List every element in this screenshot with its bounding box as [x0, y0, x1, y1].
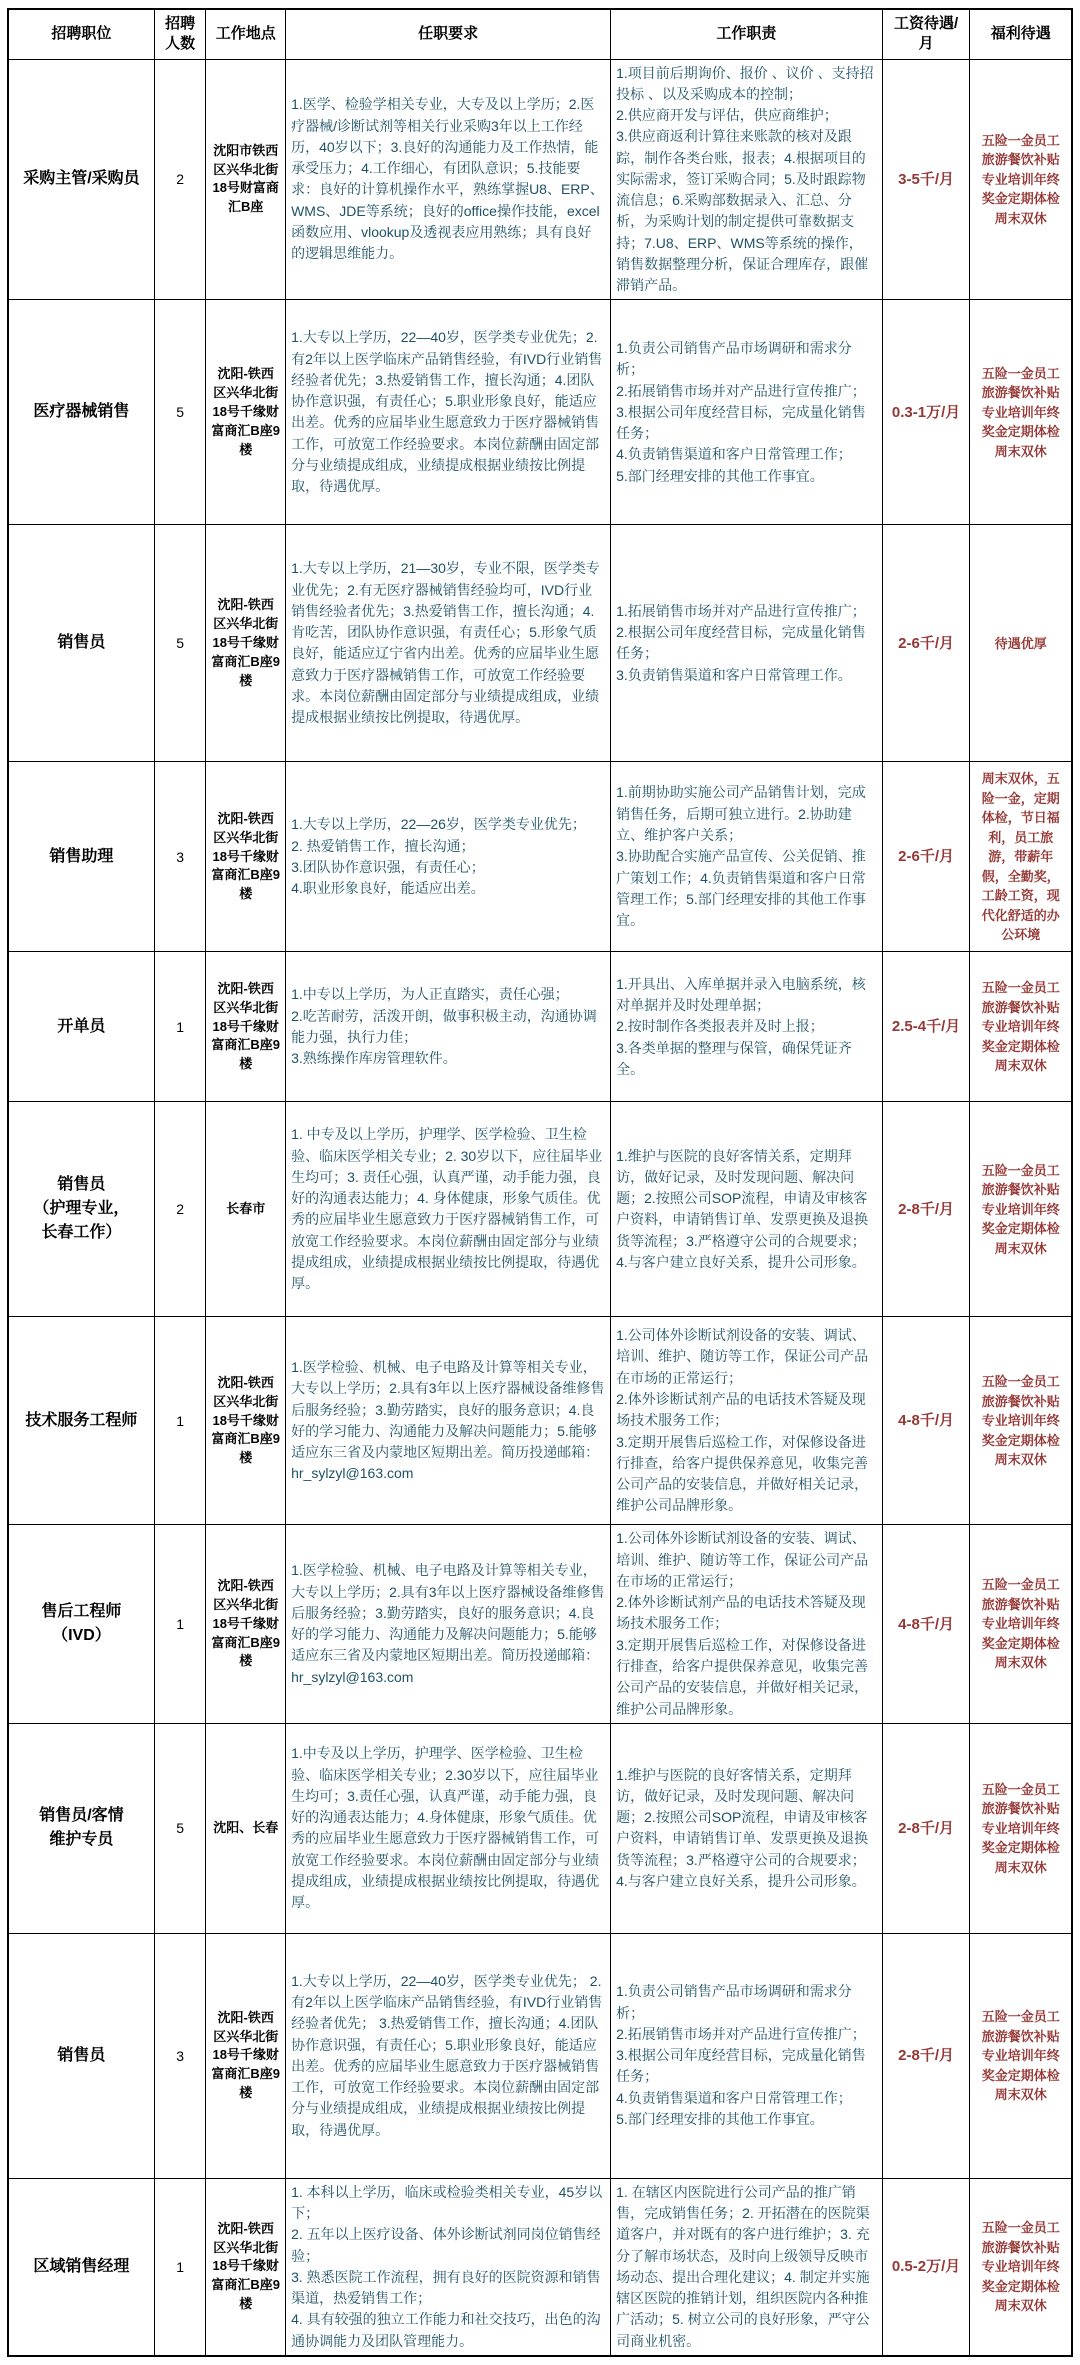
table-row: 区域销售经理 1 沈阳-铁西区兴华北街18号千缘财富商汇B座9楼 1. 本科以上… — [8, 2178, 1072, 2356]
requirements-cell: 1.大专以上学历，22—40岁，医学类专业优先；2.有2年以上医学临床产品销售经… — [286, 300, 611, 525]
table-row: 开单员 1 沈阳-铁西区兴华北街18号千缘财富商汇B座9楼 1.中专以上学历，为… — [8, 952, 1072, 1102]
requirements-cell: 1.大专以上学历，22—26岁，医学类专业优先； 2. 热爱销售工作，擅长沟通；… — [286, 762, 611, 952]
benefits-cell: 五险一金员工旅游餐饮补贴专业培训年终奖金定期体检周末双休 — [970, 1317, 1072, 1525]
headcount-cell: 5 — [154, 300, 205, 525]
salary-cell: 2.5-4千/月 — [882, 952, 970, 1102]
salary-cell: 3-5千/月 — [882, 59, 970, 300]
location-cell: 沈阳-铁西区兴华北街18号千缘财富商汇B座9楼 — [206, 525, 286, 762]
benefits-cell: 五险一金员工旅游餐饮补贴专业培训年终奖金定期体检周末双休 — [970, 2178, 1072, 2356]
headcount-cell: 5 — [154, 1723, 205, 1933]
responsibilities-cell: 1.维护与医院的良好客情关系，定期拜访，做好记录，及时发现问题、解决问题；2.按… — [611, 1723, 883, 1933]
position-cell: 销售员 （护理专业， 长春工作） — [8, 1102, 154, 1317]
column-header-requirements: 任职要求 — [286, 9, 611, 59]
position-cell: 技术服务工程师 — [8, 1317, 154, 1525]
column-header-benefits: 福利待遇 — [970, 9, 1072, 59]
benefits-cell: 五险一金员工旅游餐饮补贴专业培训年终奖金定期体检周末双休 — [970, 952, 1072, 1102]
table-row: 销售助理 3 沈阳-铁西区兴华北街18号千缘财富商汇B座9楼 1.大专以上学历，… — [8, 762, 1072, 952]
requirements-cell: 1. 中专及以上学历，护理学、医学检验、卫生检验、临床医学相关专业；2. 30岁… — [286, 1102, 611, 1317]
location-cell: 沈阳-铁西区兴华北街18号千缘财富商汇B座9楼 — [206, 952, 286, 1102]
position-cell: 销售员 — [8, 1933, 154, 2178]
responsibilities-cell: 1.公司体外诊断试剂设备的安装、调试、培训、维护、随访等工作，保证公司产品在市场… — [611, 1317, 883, 1525]
salary-cell: 2-8千/月 — [882, 1723, 970, 1933]
position-cell: 开单员 — [8, 952, 154, 1102]
responsibilities-cell: 1.负责公司销售产品市场调研和需求分析； 2.拓展销售市场并对产品进行宣传推广；… — [611, 1933, 883, 2178]
responsibilities-cell: 1.项目前后期询价、报价 、议价 、支持招投标 、以及采购成本的控制； 2.供应… — [611, 59, 883, 300]
recruitment-table: 招聘职位 招聘人数 工作地点 任职要求 工作职责 工资待遇/月 福利待遇 采购主… — [7, 8, 1073, 2357]
location-cell: 沈阳-铁西区兴华北街18号千缘财富商汇B座9楼 — [206, 2178, 286, 2356]
headcount-cell: 1 — [154, 1525, 205, 1723]
location-cell: 沈阳市铁西区兴华北街18号财富商汇B座 — [206, 59, 286, 300]
benefits-cell: 五险一金员工旅游餐饮补贴专业培训年终奖金定期体检周末双休 — [970, 59, 1072, 300]
requirements-cell: 1.医学检验、机械、电子电路及计算等相关专业，大专以上学历；2.具有3年以上医疗… — [286, 1317, 611, 1525]
requirements-cell: 1.医学检验、机械、电子电路及计算等相关专业，大专以上学历；2.具有3年以上医疗… — [286, 1525, 611, 1723]
responsibilities-cell: 1.公司体外诊断试剂设备的安装、调试、培训、维护、随访等工作，保证公司产品在市场… — [611, 1525, 883, 1723]
position-cell: 医疗器械销售 — [8, 300, 154, 525]
benefits-cell: 五险一金员工旅游餐饮补贴专业培训年终奖金定期体检周末双休 — [970, 1933, 1072, 2178]
location-cell: 沈阳-铁西区兴华北街18号千缘财富商汇B座9楼 — [206, 762, 286, 952]
column-header-salary: 工资待遇/月 — [882, 9, 970, 59]
position-cell: 售后工程师 （IVD） — [8, 1525, 154, 1723]
salary-cell: 2-8千/月 — [882, 1933, 970, 2178]
headcount-cell: 1 — [154, 952, 205, 1102]
header-row: 招聘职位 招聘人数 工作地点 任职要求 工作职责 工资待遇/月 福利待遇 — [8, 9, 1072, 59]
salary-cell: 2-8千/月 — [882, 1102, 970, 1317]
location-cell: 沈阳、长春 — [206, 1723, 286, 1933]
requirements-cell: 1.中专以上学历，为人正直踏实，责任心强； 2.吃苦耐劳，活泼开朗，做事积极主动… — [286, 952, 611, 1102]
requirements-cell: 1.大专以上学历，22—40岁，医学类专业优先； 2.有2年以上医学临床产品销售… — [286, 1933, 611, 2178]
responsibilities-cell: 1.前期协助实施公司产品销售计划，完成销售任务，后期可独立进行。2.协助建立、维… — [611, 762, 883, 952]
benefits-cell: 五险一金员工旅游餐饮补贴专业培训年终奖金定期体检周末双休 — [970, 1723, 1072, 1933]
table-row: 销售员 5 沈阳-铁西区兴华北街18号千缘财富商汇B座9楼 1.大专以上学历，2… — [8, 525, 1072, 762]
salary-cell: 0.5-2万/月 — [882, 2178, 970, 2356]
column-header-position: 招聘职位 — [8, 9, 154, 59]
position-cell: 销售员/客情 维护专员 — [8, 1723, 154, 1933]
benefits-cell: 五险一金员工旅游餐饮补贴专业培训年终奖金定期体检周末双休 — [970, 1525, 1072, 1723]
location-cell: 沈阳-铁西区兴华北街18号千缘财富商汇B座9楼 — [206, 1317, 286, 1525]
location-cell: 沈阳-铁西区兴华北街18号千缘财富商汇B座9楼 — [206, 1525, 286, 1723]
column-header-headcount: 招聘人数 — [154, 9, 205, 59]
salary-cell: 2-6千/月 — [882, 762, 970, 952]
recruitment-page: 招聘职位 招聘人数 工作地点 任职要求 工作职责 工资待遇/月 福利待遇 采购主… — [0, 0, 1080, 2365]
responsibilities-cell: 1. 在辖区内医院进行公司产品的推广销售，完成销售任务；2. 开拓潜在的医院渠道… — [611, 2178, 883, 2356]
table-row: 医疗器械销售 5 沈阳-铁西区兴华北街18号千缘财富商汇B座9楼 1.大专以上学… — [8, 300, 1072, 525]
requirements-cell: 1.医学、检验学相关专业，大专及以上学历；2.医疗器械/诊断试剂等相关行业采购3… — [286, 59, 611, 300]
benefits-cell: 周末双休，五险一金，定期体检，节日福利，员工旅游，带薪年假，全勤奖，工龄工资，现… — [970, 762, 1072, 952]
responsibilities-cell: 1.拓展销售市场并对产品进行宣传推广； 2.根据公司年度经营目标，完成量化销售任… — [611, 525, 883, 762]
column-header-location: 工作地点 — [206, 9, 286, 59]
location-cell: 沈阳-铁西区兴华北街18号千缘财富商汇B座9楼 — [206, 300, 286, 525]
benefits-cell: 五险一金员工旅游餐饮补贴专业培训年终奖金定期体检周末双休 — [970, 300, 1072, 525]
table-row: 采购主管/采购员 2 沈阳市铁西区兴华北街18号财富商汇B座 1.医学、检验学相… — [8, 59, 1072, 300]
position-cell: 销售员 — [8, 525, 154, 762]
position-cell: 采购主管/采购员 — [8, 59, 154, 300]
responsibilities-cell: 1.负责公司销售产品市场调研和需求分析； 2.拓展销售市场并对产品进行宣传推广；… — [611, 300, 883, 525]
table-row: 技术服务工程师 1 沈阳-铁西区兴华北街18号千缘财富商汇B座9楼 1.医学检验… — [8, 1317, 1072, 1525]
location-cell: 长春市 — [206, 1102, 286, 1317]
responsibilities-cell: 1.开具出、入库单据并录入电脑系统，核对单据并及时处理单据； 2.按时制作各类报… — [611, 952, 883, 1102]
location-cell: 沈阳-铁西区兴华北街18号千缘财富商汇B座9楼 — [206, 1933, 286, 2178]
table-header: 招聘职位 招聘人数 工作地点 任职要求 工作职责 工资待遇/月 福利待遇 — [8, 9, 1072, 59]
salary-cell: 4-8千/月 — [882, 1317, 970, 1525]
salary-cell: 4-8千/月 — [882, 1525, 970, 1723]
requirements-cell: 1. 本科以上学历，临床或检验类相关专业，45岁以下； 2. 五年以上医疗设备、… — [286, 2178, 611, 2356]
headcount-cell: 2 — [154, 59, 205, 300]
headcount-cell: 1 — [154, 1317, 205, 1525]
table-row: 售后工程师 （IVD） 1 沈阳-铁西区兴华北街18号千缘财富商汇B座9楼 1.… — [8, 1525, 1072, 1723]
position-cell: 区域销售经理 — [8, 2178, 154, 2356]
position-cell: 销售助理 — [8, 762, 154, 952]
headcount-cell: 1 — [154, 2178, 205, 2356]
headcount-cell: 3 — [154, 1933, 205, 2178]
requirements-cell: 1.中专及以上学历，护理学、医学检验、卫生检验、临床医学相关专业；2.30岁以下… — [286, 1723, 611, 1933]
headcount-cell: 3 — [154, 762, 205, 952]
benefits-cell: 待遇优厚 — [970, 525, 1072, 762]
headcount-cell: 5 — [154, 525, 205, 762]
salary-cell: 0.3-1万/月 — [882, 300, 970, 525]
column-header-responsibilities: 工作职责 — [611, 9, 883, 59]
headcount-cell: 2 — [154, 1102, 205, 1317]
requirements-cell: 1.大专以上学历，21—30岁，专业不限，医学类专业优先；2.有无医疗器械销售经… — [286, 525, 611, 762]
table-row: 销售员 （护理专业， 长春工作） 2 长春市 1. 中专及以上学历，护理学、医学… — [8, 1102, 1072, 1317]
benefits-cell: 五险一金员工旅游餐饮补贴专业培训年终奖金定期体检周末双休 — [970, 1102, 1072, 1317]
job-table-body: 采购主管/采购员 2 沈阳市铁西区兴华北街18号财富商汇B座 1.医学、检验学相… — [8, 59, 1072, 2356]
salary-cell: 2-6千/月 — [882, 525, 970, 762]
responsibilities-cell: 1.维护与医院的良好客情关系，定期拜访，做好记录，及时发现问题、解决问题；2.按… — [611, 1102, 883, 1317]
table-row: 销售员 3 沈阳-铁西区兴华北街18号千缘财富商汇B座9楼 1.大专以上学历，2… — [8, 1933, 1072, 2178]
table-row: 销售员/客情 维护专员 5 沈阳、长春 1.中专及以上学历，护理学、医学检验、卫… — [8, 1723, 1072, 1933]
